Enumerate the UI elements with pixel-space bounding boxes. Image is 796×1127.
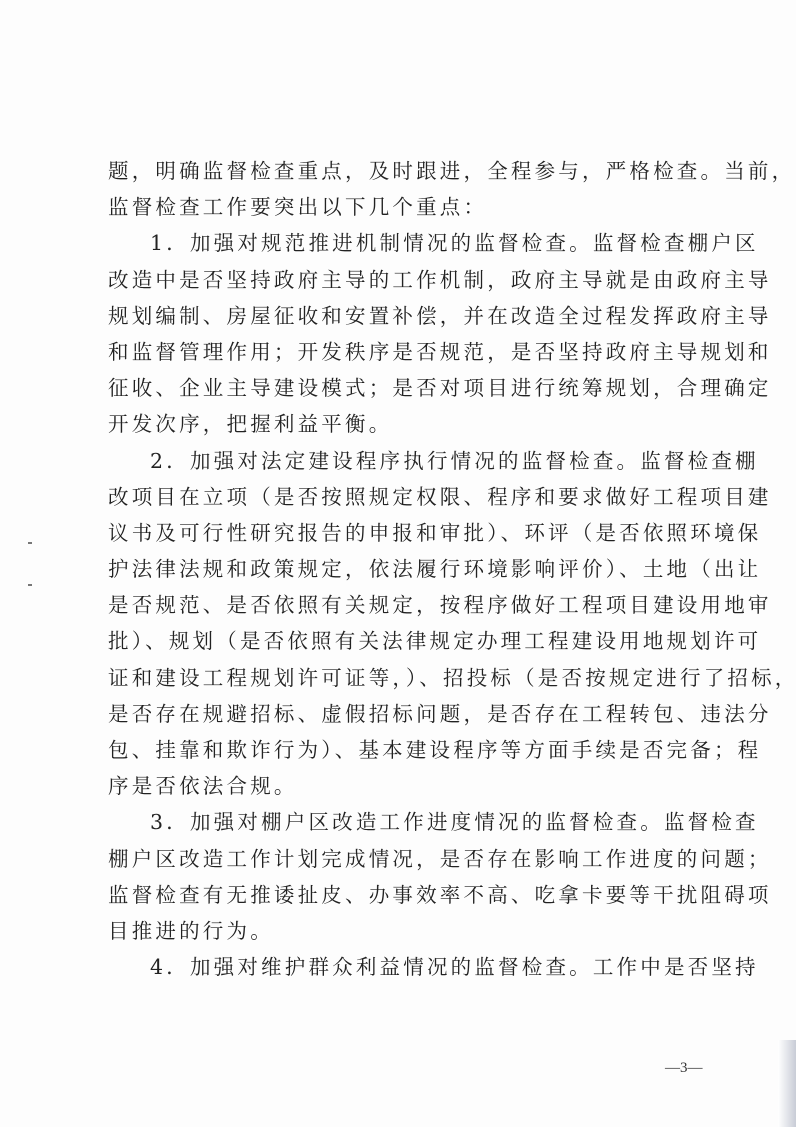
text-line: 是否规范、是否依照有关规定，按程序做好工程项目建设用地审	[108, 587, 708, 623]
text-line: 是否存在规避招标、虚假招标问题，是否存在工程转包、违法分	[108, 696, 708, 732]
text-line: 目推进的行为。	[108, 913, 708, 949]
text-line: 证和建设工程规划许可证等，）、招投标（是否按规定进行了招标，	[108, 660, 708, 696]
text-line: 序是否依法合规。	[108, 768, 708, 804]
text-line: 批）、规划（是否依照有关法律规定办理工程建设用地规划许可	[108, 623, 708, 659]
document-page: 题，明确监督检查重点，及时跟进，全程参与，严格检查。当前， 监督检查工作要突出以…	[0, 0, 796, 1127]
text-line: 议书及可行性研究报告的申报和审批）、环评（是否依照环境保	[108, 515, 708, 551]
text-line: 改造中是否坚持政府主导的工作机制，政府主导就是由政府主导	[108, 262, 708, 298]
scan-speck	[28, 584, 32, 586]
section-heading-1: 1．加强对规范推进机制情况的监督检查。监督检查棚户区	[108, 225, 708, 261]
text-line: 监督检查有无推诿扯皮、办事效率不高、吃拿卡要等干扰阻碍项	[108, 877, 708, 913]
text-line: 规划编制、房屋征收和安置补偿，并在改造全过程发挥政府主导	[108, 298, 708, 334]
text-line: 和监督管理作用；开发秩序是否规范，是否坚持政府主导规划和	[108, 334, 708, 370]
section-heading-3: 3．加强对棚户区改造工作进度情况的监督检查。监督检查	[108, 804, 708, 840]
text-line: 征收、企业主导建设模式；是否对项目进行统筹规划，合理确定	[108, 370, 708, 406]
text-line: 题，明确监督检查重点，及时跟进，全程参与，严格检查。当前，	[108, 153, 708, 189]
text-line: 监督检查工作要突出以下几个重点：	[108, 189, 708, 225]
text-line: 棚户区改造工作计划完成情况，是否存在影响工作进度的问题；	[108, 841, 708, 877]
text-line: 改项目在立项（是否按照规定权限、程序和要求做好工程项目建	[108, 479, 708, 515]
section-heading-4: 4．加强对维护群众利益情况的监督检查。工作中是否坚持	[108, 949, 708, 985]
page-edge-shadow	[778, 1040, 796, 1127]
text-line: 包、挂靠和欺诈行为）、基本建设程序等方面手续是否完备；程	[108, 732, 708, 768]
section-heading-2: 2．加强对法定建设程序执行情况的监督检查。监督检查棚	[108, 443, 708, 479]
document-body: 题，明确监督检查重点，及时跟进，全程参与，严格检查。当前， 监督检查工作要突出以…	[108, 153, 708, 985]
scan-speck	[28, 542, 32, 544]
page-number: —3—	[665, 1060, 703, 1077]
text-line: 护法律法规和政策规定，依法履行环境影响评价）、土地（出让	[108, 551, 708, 587]
text-line: 开发次序，把握利益平衡。	[108, 406, 708, 442]
